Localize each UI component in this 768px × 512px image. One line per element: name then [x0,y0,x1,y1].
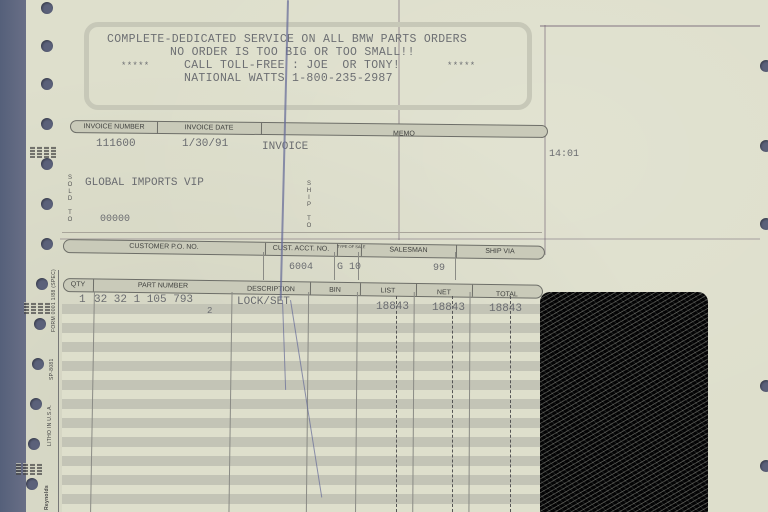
description-header: DESCRIPTION [233,283,309,296]
feed-hole [30,398,42,410]
column-rule [263,252,264,280]
ship-to-label: SHIPTO [306,181,312,230]
feed-hole [41,2,53,14]
redaction-block [540,292,708,512]
decimal-guide [452,296,453,512]
column-rule [334,252,335,280]
fold-crease [540,25,760,27]
part-suffix-cell: 2 [207,306,212,316]
feed-hole [760,460,768,472]
sold-to-label: SOLDTO [67,175,73,224]
registration-marks [30,146,56,158]
feed-hole [41,238,53,250]
decimal-guide [510,296,511,512]
registration-marks [16,463,42,475]
list-cell: 18843 [376,301,409,313]
printed-in-text: LITHO IN U.S.A. [47,400,53,446]
cust-acct-label: CUST. ACCT. NO. [265,243,337,256]
total-cell: 18843 [489,303,522,315]
banner-stars-left: ***** [121,61,150,71]
form-code-text: FORM 0001 1/88 (SPEC) [51,262,57,332]
list-header: LIST [360,285,416,298]
feed-hole [41,78,53,90]
invoice-date-label: INVOICE DATE [157,122,261,135]
part-number-header: PART NUMBER [93,279,233,293]
sold-to-name: GLOBAL IMPORTS VIP [85,177,204,189]
customer-po-label: CUSTOMER P.O. NO. [64,240,264,255]
type-of-sale-label: TYPE OF SALE [337,244,361,250]
feed-hole [26,478,38,490]
invoice-date-value: 1/30/91 [182,138,228,150]
time-value: 14:01 [549,149,579,160]
feed-hole [41,118,53,130]
section-rule [62,232,542,233]
decimal-guide [396,296,397,512]
invoice-number-label: INVOICE NUMBER [71,121,157,134]
feed-hole [41,198,53,210]
net-header: NET [416,287,472,300]
feed-hole [41,158,53,170]
cust-acct-value: 6004 [289,262,313,273]
feed-hole [28,438,40,450]
salesman-value: 99 [433,263,445,274]
column-rule [455,252,456,280]
qty-cell: 1 [79,294,86,306]
brand-text: Reynolds [44,470,50,510]
bin-header: BIN [310,284,360,297]
feed-hole [760,380,768,392]
invoice-number-value: 111600 [96,138,136,150]
part-number-cell: 32 32 1 105 793 [94,294,193,306]
salesman-label: SALESMAN [361,244,456,257]
registration-marks [24,302,50,314]
net-cell: 18843 [432,302,465,314]
form-number-text: SP-8081 [49,340,55,380]
feed-hole [760,140,768,152]
qty-header: QTY [64,279,92,291]
feed-hole [34,318,46,330]
feed-hole [36,278,48,290]
sold-to-code: 00000 [100,214,130,225]
ship-via-label: SHIP VIA [456,245,544,258]
banner-line-3: CALL TOLL-FREE : JOE OR TONY! [184,59,400,72]
banner-stars-right: ***** [447,61,476,71]
feed-hole [32,358,44,370]
type-of-sale-value: G 10 [337,262,361,273]
feed-hole [760,218,768,230]
banner-line-2: NO ORDER IS TOO BIG OR TOO SMALL!! [170,46,415,59]
total-header: TOTAL [472,289,542,302]
feed-hole [760,60,768,72]
feed-hole [41,40,53,52]
form-margin-line [58,270,59,512]
banner-line-4: NATIONAL WATTS 1-800-235-2987 [184,72,393,85]
